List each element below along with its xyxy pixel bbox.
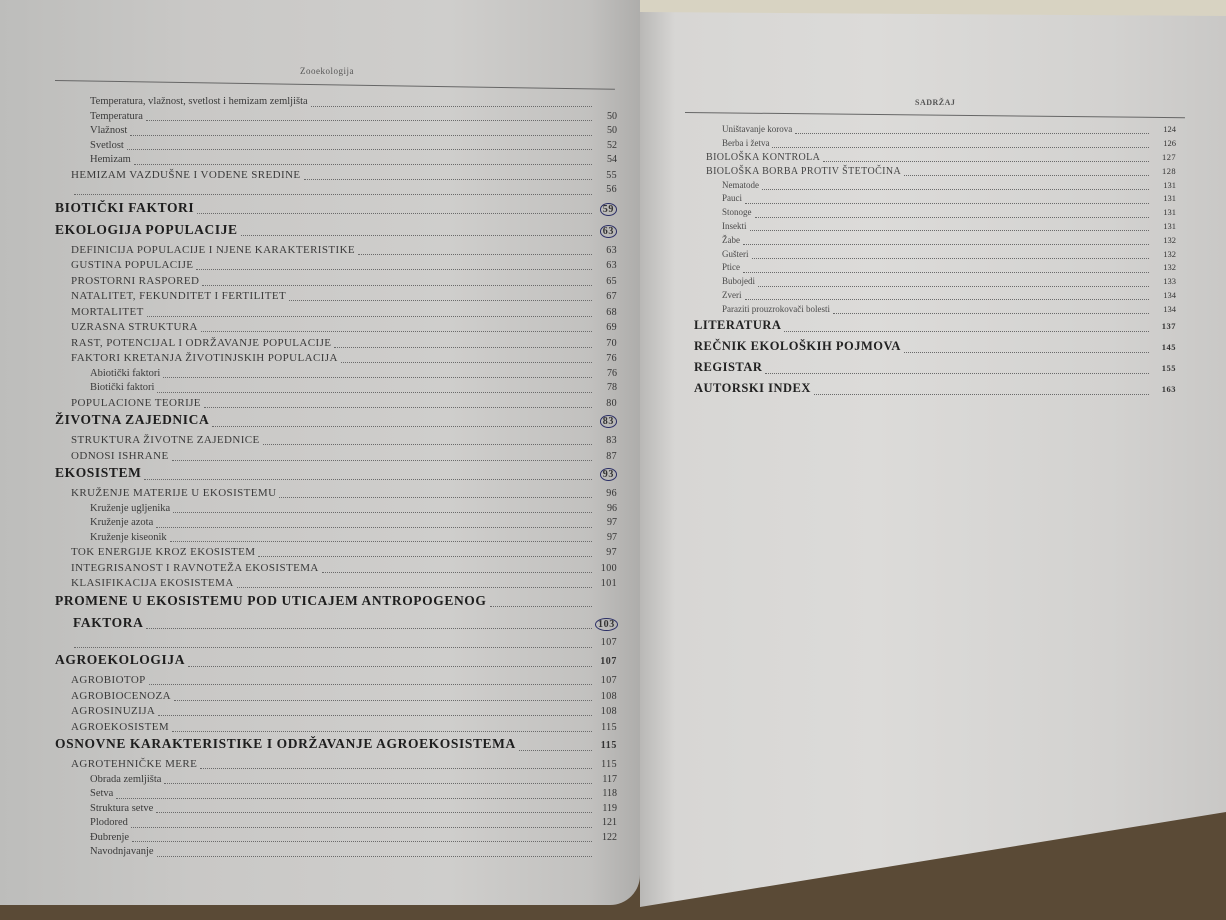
running-head-right: SADRŽAJ <box>915 98 955 107</box>
dot-leader <box>174 700 592 701</box>
dot-leader <box>241 235 592 236</box>
toc-entry-page-number: 115 <box>595 740 617 751</box>
toc-entry-page-number: 78 <box>595 382 617 393</box>
toc-entry-page-number: 63 <box>595 260 617 271</box>
toc-entry: Insekti131 <box>694 221 1176 235</box>
dot-leader <box>341 362 592 363</box>
dot-leader <box>188 666 592 667</box>
toc-entry-page-number: 65 <box>595 276 617 287</box>
toc-entry-page-number: 63 <box>595 245 617 256</box>
toc-entry-page-number: 133 <box>1152 276 1176 286</box>
toc-entry-page-number: 69 <box>595 322 617 333</box>
dot-leader <box>795 133 1149 134</box>
toc-entry-page-number: 128 <box>1152 166 1176 176</box>
dot-leader <box>758 286 1149 287</box>
dot-leader <box>163 377 592 378</box>
toc-entry-title: UZRASNA STRUKTURA <box>71 321 198 333</box>
dot-leader <box>172 731 592 732</box>
dot-leader <box>904 352 1149 353</box>
toc-entry: Žabe132 <box>694 235 1176 249</box>
toc-entry-page-number: 137 <box>1152 321 1176 331</box>
dot-leader <box>263 444 592 445</box>
toc-entry-page-number: 155 <box>1152 363 1176 373</box>
running-head-left: Zooekologija <box>300 66 354 76</box>
toc-entry-page-number: 101 <box>595 578 617 589</box>
toc-entry: Svetlost52 <box>55 140 617 155</box>
toc-entry-title: Vlažnost <box>90 125 127 136</box>
toc-entry-page-number: 107 <box>595 637 617 648</box>
toc-entry-title: HEMIZAM VAZDUŠNE I VODENE SREDINE <box>71 169 301 181</box>
toc-entry-page-number: 83 <box>595 435 617 446</box>
toc-entry-title: Zveri <box>722 290 742 300</box>
toc-entry: Paraziti prouzrokovači bolesti134 <box>694 304 1176 318</box>
toc-entry-title: Plodored <box>90 817 128 828</box>
toc-entry-title: Žabe <box>722 235 740 245</box>
dot-leader <box>131 827 592 828</box>
toc-entry: Kruženje azota97 <box>55 517 617 532</box>
toc-entry-title: AGROEKOLOGIJA <box>55 652 185 668</box>
toc-entry: Setva118 <box>55 788 617 803</box>
toc-entry-title: LITERATURA <box>694 318 781 333</box>
toc-entry-page-number: 131 <box>1152 221 1176 231</box>
toc-entry: REGISTAR155 <box>694 360 1176 381</box>
toc-entry-title: MORTALITET <box>71 306 144 318</box>
dot-leader <box>304 179 592 180</box>
toc-entry-page-number: 67 <box>595 291 617 302</box>
dot-leader <box>173 512 592 513</box>
toc-entry-page-number: 124 <box>1152 124 1176 134</box>
toc-entry-page-number: 131 <box>1152 193 1176 203</box>
toc-entry-title: BIOLOŠKA KONTROLA <box>706 152 820 163</box>
toc-entry-title: AUTORSKI INDEX <box>694 381 811 396</box>
dot-leader <box>146 120 592 121</box>
toc-entry-page-number: 83 <box>595 415 617 428</box>
dot-leader <box>170 541 592 542</box>
toc-entry: AGROEKOSISTEM115 <box>55 721 617 737</box>
toc-entry: NATALITET, FEKUNDITET I FERTILITET67 <box>55 290 617 306</box>
toc-entry: AUTORSKI INDEX163 <box>694 381 1176 402</box>
toc-entry: Uništavanje korova124 <box>694 124 1176 138</box>
dot-leader <box>212 426 592 427</box>
toc-entry-title: Uništavanje korova <box>722 124 792 134</box>
dot-leader <box>157 392 592 393</box>
toc-entry-page-number: 54 <box>595 154 617 165</box>
dot-leader <box>157 856 592 857</box>
toc-entry: Zveri134 <box>694 290 1176 304</box>
toc-entry-title: EKOLOGIJA POPULACIJE <box>55 222 238 238</box>
dot-leader <box>149 684 592 685</box>
toc-entry-title: REGISTAR <box>694 360 762 375</box>
toc-entry-title: STRUKTURA ŽIVOTNE ZAJEDNICE <box>71 434 260 446</box>
toc-entry: Bubojedi133 <box>694 276 1176 290</box>
toc-entry: BIOLOŠKA BORBA PROTIV ŠTETOČINA128 <box>694 166 1176 180</box>
toc-entry-title: Bubojedi <box>722 276 755 286</box>
left-page: Zooekologija Temperatura, vlažnost, svet… <box>0 0 640 905</box>
toc-entry-page-number: 100 <box>595 563 617 574</box>
table-of-contents-right: Uništavanje korova124Berba i žetva126BIO… <box>694 124 1176 402</box>
table-of-contents-left: Temperatura, vlažnost, svetlost i hemiza… <box>55 96 617 861</box>
dot-leader <box>762 189 1149 190</box>
toc-entry-title: Hemizam <box>90 154 131 165</box>
toc-entry-title: AGROBIOTOP <box>71 674 146 686</box>
toc-entry-page-number: 96 <box>595 503 617 514</box>
toc-entry-page-number: 52 <box>595 140 617 151</box>
toc-entry: EKOLOGIJA POPULACIJE63 <box>55 222 617 244</box>
toc-entry-title: AGROBIOCENOZA <box>71 690 171 702</box>
dot-leader <box>279 497 592 498</box>
toc-entry-page-number: 93 <box>595 468 617 481</box>
dot-leader <box>334 347 592 348</box>
dot-leader <box>74 194 592 195</box>
toc-entry-page-number: 134 <box>1152 304 1176 314</box>
toc-entry: Obrada zemljišta117 <box>55 774 617 789</box>
toc-entry: EKOSISTEM93 <box>55 465 617 487</box>
toc-entry-page-number: 121 <box>595 817 617 828</box>
toc-entry-page-number: 59 <box>595 203 617 216</box>
toc-entry: AGROBIOTOP107 <box>55 674 617 690</box>
toc-entry-title: KRUŽENJE MATERIJE U EKOSISTEMU <box>71 487 276 499</box>
toc-entry-page-number: 56 <box>595 184 617 195</box>
toc-entry-title: FAKTORA <box>73 615 143 631</box>
toc-entry-page-number: 117 <box>595 774 617 785</box>
toc-entry-title: Obrada zemljišta <box>90 774 161 785</box>
toc-entry-page-number: 87 <box>595 451 617 462</box>
toc-entry: RAST, POTENCIJAL I ODRŽAVANJE POPULACIJE… <box>55 337 617 353</box>
toc-entry-page-number: 107 <box>595 656 617 667</box>
dot-leader <box>745 203 1149 204</box>
dot-leader <box>202 285 592 286</box>
toc-entry-title: REČNIK EKOLOŠKIH POJMOVA <box>694 339 901 354</box>
toc-entry-title: PROMENE U EKOSISTEMU POD UTICAJEM ANTROP… <box>55 593 487 609</box>
toc-entry-title: NATALITET, FEKUNDITET I FERTILITET <box>71 290 286 302</box>
toc-entry: AGROEKOLOGIJA107 <box>55 652 617 674</box>
toc-entry: HEMIZAM VAZDUŠNE I VODENE SREDINE55 <box>55 169 617 185</box>
toc-entry-page-number: 63 <box>595 225 617 238</box>
toc-entry-page-number: 132 <box>1152 262 1176 272</box>
toc-entry-title: DEFINICIJA POPULACIJE I NJENE KARAKTERIS… <box>71 244 355 256</box>
toc-entry: Hemizam54 <box>55 154 617 169</box>
dot-leader <box>200 768 592 769</box>
dot-leader <box>904 175 1149 176</box>
toc-entry-title: FAKTORI KRETANJA ŽIVOTINJSKIH POPULACIJA <box>71 352 338 364</box>
dot-leader <box>127 149 592 150</box>
toc-entry: FAKTORI KRETANJA ŽIVOTINJSKIH POPULACIJA… <box>55 352 617 368</box>
toc-entry-page-number: 76 <box>595 368 617 379</box>
pen-circle-mark: 93 <box>600 468 617 481</box>
toc-entry-title: Berba i žetva <box>722 138 769 148</box>
dot-leader <box>814 394 1149 395</box>
pen-circle-mark: 83 <box>600 415 617 428</box>
toc-entry-title: Struktura setve <box>90 803 153 814</box>
dot-leader <box>752 258 1150 259</box>
toc-entry-title: GUSTINA POPULACIJE <box>71 259 193 271</box>
toc-entry-page-number: 134 <box>1152 290 1176 300</box>
toc-entry: BIOLOŠKA KONTROLA127 <box>694 152 1176 166</box>
toc-entry-title: Kruženje ugljenika <box>90 503 170 514</box>
dot-leader <box>147 316 592 317</box>
toc-entry-page-number: 70 <box>595 338 617 349</box>
dot-leader <box>784 331 1149 332</box>
dot-leader <box>201 331 592 332</box>
toc-entry: Đubrenje122 <box>55 832 617 847</box>
toc-entry: 107 <box>55 637 617 653</box>
toc-entry-title: AGROTEHNIČKE MERE <box>71 758 197 770</box>
toc-entry: GUSTINA POPULACIJE63 <box>55 259 617 275</box>
toc-entry: Struktura setve119 <box>55 803 617 818</box>
toc-entry-page-number: 108 <box>595 691 617 702</box>
toc-entry-title: AGROSINUZIJA <box>71 705 155 717</box>
toc-entry: Berba i žetva126 <box>694 138 1176 152</box>
dot-leader <box>132 841 592 842</box>
toc-entry: OSNOVNE KARAKTERISTIKE I ODRŽAVANJE AGRO… <box>55 736 617 758</box>
toc-entry: AGROSINUZIJA108 <box>55 705 617 721</box>
toc-entry-title: Kruženje kiseonik <box>90 532 167 543</box>
toc-entry-title: OSNOVNE KARAKTERISTIKE I ODRŽAVANJE AGRO… <box>55 736 516 752</box>
toc-entry-title: INTEGRISANOST I RAVNOTEŽA EKOSISTEMA <box>71 562 319 574</box>
toc-entry: Nematode131 <box>694 180 1176 194</box>
toc-entry: PROSTORNI RASPORED65 <box>55 275 617 291</box>
toc-entry-page-number: 115 <box>595 759 617 770</box>
dot-leader <box>116 798 592 799</box>
toc-entry-title: Svetlost <box>90 140 124 151</box>
right-page: SADRŽAJ Uništavanje korova124Berba i žet… <box>640 12 1226 907</box>
toc-entry-title: BIOTIČKI FAKTORI <box>55 200 194 216</box>
dot-leader <box>765 373 1149 374</box>
dot-leader <box>237 587 592 588</box>
toc-entry: MORTALITET68 <box>55 306 617 322</box>
dot-leader <box>172 460 592 461</box>
dot-leader <box>358 254 592 255</box>
toc-entry: BIOTIČKI FAKTORI59 <box>55 200 617 222</box>
toc-entry: REČNIK EKOLOŠKIH POJMOVA145 <box>694 339 1176 360</box>
dot-leader <box>146 628 592 629</box>
toc-entry-page-number: 107 <box>595 675 617 686</box>
dot-leader <box>322 572 592 573</box>
toc-entry: Temperatura50 <box>55 111 617 126</box>
dot-leader <box>289 300 592 301</box>
toc-entry-page-number: 126 <box>1152 138 1176 148</box>
toc-entry-title: Biotički faktori <box>90 382 154 393</box>
toc-entry: INTEGRISANOST I RAVNOTEŽA EKOSISTEMA100 <box>55 562 617 578</box>
toc-entry-page-number: 96 <box>595 488 617 499</box>
toc-entry-page-number: 127 <box>1152 152 1176 162</box>
toc-entry-title: Temperatura <box>90 111 143 122</box>
dot-leader <box>755 217 1149 218</box>
toc-entry-page-number: 97 <box>595 547 617 558</box>
toc-entry-title: PROSTORNI RASPORED <box>71 275 199 287</box>
dot-leader <box>156 527 592 528</box>
toc-entry-page-number: 76 <box>595 353 617 364</box>
toc-entry: KRUŽENJE MATERIJE U EKOSISTEMU96 <box>55 487 617 503</box>
toc-entry: 56 <box>55 184 617 200</box>
dot-leader <box>745 299 1150 300</box>
toc-entry-page-number: 50 <box>595 125 617 136</box>
toc-entry-title: ŽIVOTNA ZAJEDNICA <box>55 412 209 428</box>
toc-entry-title: AGROEKOSISTEM <box>71 721 169 733</box>
toc-entry-page-number: 132 <box>1152 235 1176 245</box>
toc-entry-title: Đubrenje <box>90 832 129 843</box>
toc-entry: ODNOSI ISHRANE87 <box>55 450 617 466</box>
dot-leader <box>743 244 1149 245</box>
toc-entry: DEFINICIJA POPULACIJE I NJENE KARAKTERIS… <box>55 244 617 260</box>
toc-entry-page-number: 119 <box>595 803 617 814</box>
toc-entry: TOK ENERGIJE KROZ EKOSISTEM97 <box>55 546 617 562</box>
toc-entry: ŽIVOTNA ZAJEDNICA83 <box>55 412 617 434</box>
pen-circle-mark: 103 <box>595 618 618 631</box>
toc-entry: Kruženje ugljenika96 <box>55 503 617 518</box>
toc-entry: Temperatura, vlažnost, svetlost i hemiza… <box>55 96 617 111</box>
dot-leader <box>823 161 1149 162</box>
toc-entry-title: KLASIFIKACIJA EKOSISTEMA <box>71 577 234 589</box>
toc-entry-title: Insekti <box>722 221 747 231</box>
toc-entry: Navodnjavanje <box>55 846 617 861</box>
toc-entry-title: Temperatura, vlažnost, svetlost i hemiza… <box>90 96 308 107</box>
toc-entry-title: Ptice <box>722 262 740 272</box>
toc-entry-title: RAST, POTENCIJAL I ODRŽAVANJE POPULACIJE <box>71 337 331 349</box>
dot-leader <box>519 750 592 751</box>
toc-entry-title: BIOLOŠKA BORBA PROTIV ŠTETOČINA <box>706 166 901 177</box>
dot-leader <box>490 606 592 607</box>
toc-entry-title: ODNOSI ISHRANE <box>71 450 169 462</box>
toc-entry-page-number: 145 <box>1152 342 1176 352</box>
toc-entry: Vlažnost50 <box>55 125 617 140</box>
toc-entry: FAKTORA103 <box>55 615 617 637</box>
pen-circle-mark: 59 <box>600 203 617 216</box>
toc-entry-page-number: 55 <box>595 170 617 181</box>
toc-entry-page-number: 163 <box>1152 384 1176 394</box>
toc-entry: AGROTEHNIČKE MERE115 <box>55 758 617 774</box>
toc-entry: Stonoge131 <box>694 207 1176 221</box>
toc-entry-title: Paraziti prouzrokovači bolesti <box>722 304 830 314</box>
dot-leader <box>204 407 592 408</box>
dot-leader <box>833 313 1149 314</box>
dot-leader <box>158 715 592 716</box>
toc-entry-page-number: 122 <box>595 832 617 843</box>
toc-entry-page-number: 115 <box>595 722 617 733</box>
toc-entry-page-number: 68 <box>595 307 617 318</box>
toc-entry: Plodored121 <box>55 817 617 832</box>
toc-entry: STRUKTURA ŽIVOTNE ZAJEDNICE83 <box>55 434 617 450</box>
dot-leader <box>130 135 592 136</box>
header-rule-left <box>55 80 615 90</box>
toc-entry: UZRASNA STRUKTURA69 <box>55 321 617 337</box>
toc-entry-title: Nematode <box>722 180 759 190</box>
toc-entry-title: Setva <box>90 788 113 799</box>
toc-entry-page-number: 118 <box>595 788 617 799</box>
toc-entry: POPULACIONE TEORIJE80 <box>55 397 617 413</box>
toc-entry: Biotički faktori78 <box>55 382 617 397</box>
toc-entry-title: TOK ENERGIJE KROZ EKOSISTEM <box>71 546 255 558</box>
toc-entry-page-number: 131 <box>1152 180 1176 190</box>
toc-entry-page-number: 132 <box>1152 249 1176 259</box>
dot-leader <box>156 812 592 813</box>
dot-leader <box>772 147 1149 148</box>
toc-entry: Kruženje kiseonik97 <box>55 532 617 547</box>
toc-entry-page-number: 131 <box>1152 207 1176 217</box>
toc-entry-title: POPULACIONE TEORIJE <box>71 397 201 409</box>
toc-entry-page-number: 97 <box>595 532 617 543</box>
toc-entry: Ptice132 <box>694 262 1176 276</box>
toc-entry: Pauci131 <box>694 193 1176 207</box>
dot-leader <box>197 213 592 214</box>
toc-entry-title: Stonoge <box>722 207 752 217</box>
toc-entry-title: EKOSISTEM <box>55 465 141 481</box>
toc-entry-page-number: 97 <box>595 517 617 528</box>
dot-leader <box>74 647 592 648</box>
toc-entry-page-number: 103 <box>595 618 617 631</box>
toc-entry: Abiotički faktori76 <box>55 368 617 383</box>
toc-entry: PROMENE U EKOSISTEMU POD UTICAJEM ANTROP… <box>55 593 617 615</box>
toc-entry: Gušteri132 <box>694 249 1176 263</box>
toc-entry-page-number: 108 <box>595 706 617 717</box>
dot-leader <box>311 106 592 107</box>
toc-entry-title: Abiotički faktori <box>90 368 160 379</box>
dot-leader <box>134 164 592 165</box>
dot-leader <box>144 479 592 480</box>
toc-entry-title: Navodnjavanje <box>90 846 154 857</box>
toc-entry-title: Kruženje azota <box>90 517 153 528</box>
dot-leader <box>196 269 592 270</box>
toc-entry-title: Pauci <box>722 193 742 203</box>
dot-leader <box>743 272 1149 273</box>
dot-leader <box>750 230 1150 231</box>
toc-entry: LITERATURA137 <box>694 318 1176 339</box>
toc-entry: AGROBIOCENOZA108 <box>55 690 617 706</box>
toc-entry-page-number: 50 <box>595 111 617 122</box>
toc-entry: KLASIFIKACIJA EKOSISTEMA101 <box>55 577 617 593</box>
pen-circle-mark: 63 <box>600 225 617 238</box>
dot-leader <box>164 783 592 784</box>
toc-entry-page-number: 80 <box>595 398 617 409</box>
toc-entry-title: Gušteri <box>722 249 749 259</box>
header-rule-right <box>685 112 1185 118</box>
dot-leader <box>258 556 592 557</box>
